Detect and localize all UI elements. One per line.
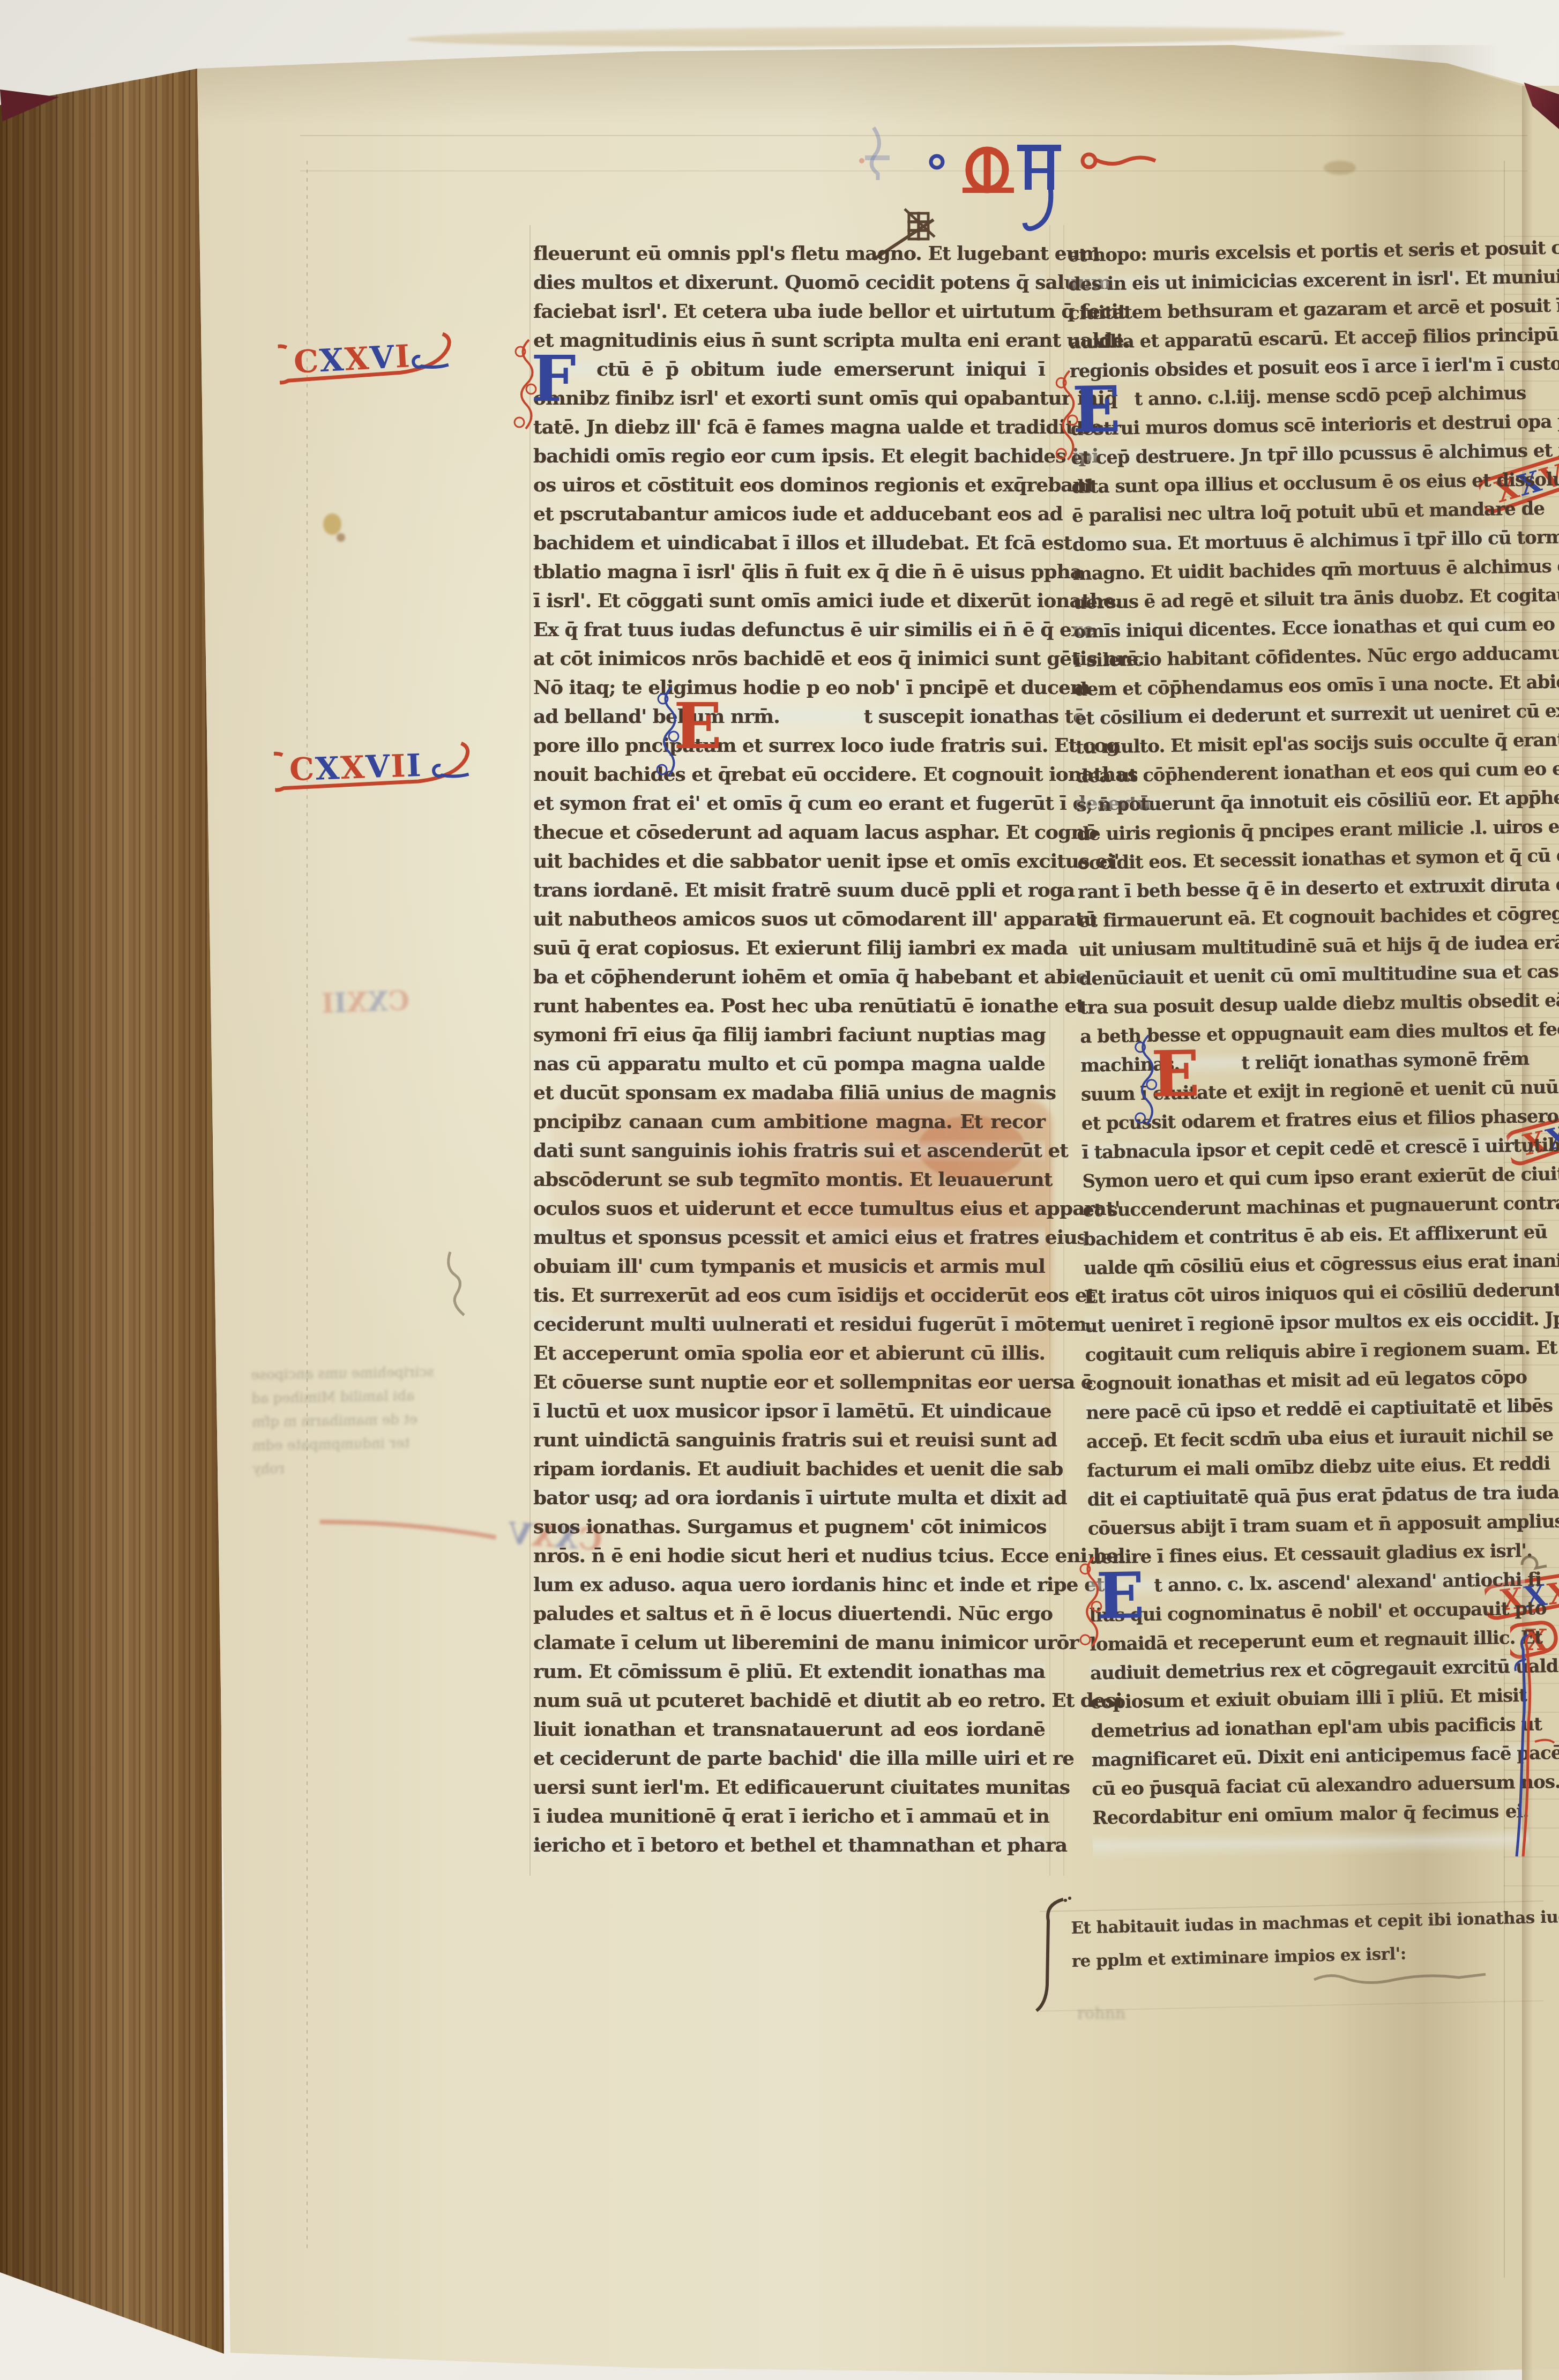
chapter-numeral-CXXVII: CXXVII	[289, 747, 423, 788]
illuminated-initial-E: E	[1072, 377, 1121, 441]
text-line: ceciderunt multi uulnerati et residui fu…	[533, 1310, 1045, 1339]
text-line: runt habentes ea. Post hec uba renūtiatū…	[533, 991, 1045, 1020]
text-line: liuit ionathan et transnatauerunt ad eos…	[533, 1715, 1045, 1744]
text-line: nrōs. n̄ ē eni hodie sicut heri et nudiu…	[533, 1541, 1045, 1570]
text-line: et ducūt sponsam ex madaba filiā unius d…	[533, 1078, 1045, 1107]
chapter-numeral-CXXVI: CXXVI	[293, 338, 412, 380]
text-line: suū q̄ erat copiosus. Et exierunt filij …	[533, 934, 1045, 963]
text-line: at cōt inimicos nrōs bachidē et eos q̄ i…	[533, 644, 1045, 673]
text-line: Ex q̄ frat tuus iudas defunctus ē uir si…	[533, 615, 1045, 644]
blemish	[337, 533, 345, 542]
margin-ruling-line	[307, 161, 308, 2251]
text-line: suos ionathas. Surgamus et pugnem' cōt i…	[533, 1512, 1045, 1541]
title-suffix-mark	[1083, 154, 1155, 167]
title-letter-A	[1017, 145, 1061, 229]
text-line: os uiros et cōstituit eos dominos region…	[533, 471, 1045, 499]
column-ruling-line	[1049, 225, 1050, 1876]
text-line: et ceciderunt de parte bachid' die illa …	[533, 1744, 1045, 1773]
text-line: ad belland' bellum nrm̄. t suscepit iona…	[533, 702, 1045, 731]
text-line: obuiam ill' cum tympanis et musicis et a…	[533, 1252, 1045, 1281]
text-line: bachidi omīs regio eor cum ipsis. Et ele…	[533, 442, 1045, 471]
illuminated-initial-E: E	[1096, 1564, 1145, 1628]
text-line: tis. Et surrexerūt ad eos cum īsidijs et…	[533, 1281, 1045, 1310]
text-line: uit bachides et die sabbator uenit ipse …	[533, 847, 1045, 876]
under-leaf-top-edge	[407, 24, 1345, 49]
text-line: bator usq; ad ora iordanis ī uirtute mul…	[533, 1483, 1045, 1512]
text-line: abscōderunt se sub tegmīto montis. Et le…	[533, 1165, 1045, 1194]
text-line: clamate ī celum ut liberemini de manu in…	[533, 1628, 1045, 1657]
text-line: tatē. Jn diebz ill' fcā ē fames magna ua…	[533, 413, 1045, 442]
text-line: ī luctū et uox musicor ipsor ī lamētū. E…	[533, 1397, 1045, 1426]
text-line: ctū ē p̄ obitum iude emerserunt iniqui ī	[533, 355, 1045, 384]
text-line: tblatio magna ī isrl' q̄lis n̄ fuit ex q…	[533, 557, 1045, 586]
footnote-trailing-swash	[1312, 1968, 1489, 1991]
margin-showthrough-numeral-2: CXXII	[321, 984, 410, 1019]
title-letter-M	[963, 150, 1014, 193]
text-line: multus et sponsus pcessit et amici eius …	[533, 1223, 1045, 1252]
text-line: nouit bachides et q̄rebat eū occidere. E…	[533, 760, 1045, 789]
text-line: Et cōuerse sunt nuptie eor et sollempnit…	[533, 1368, 1045, 1397]
text-line: Nō itaq; te eligimus hodie p eo nob' ī p…	[533, 673, 1045, 702]
text-line: ī iudea munitionē q̄ erat ī iericho et ī…	[533, 1802, 1045, 1831]
text-line: dies multos et dixerunt. Quomō cecidit p…	[533, 268, 1045, 297]
text-line: rum. Et cōmissum ē pliū. Et extendit ion…	[533, 1657, 1045, 1686]
text-line: trans iordanē. Et misit fratrē suum ducē…	[533, 876, 1045, 905]
text-line: fleuerunt eū omnis ppl's fletu magno. Et…	[533, 239, 1045, 268]
text-line: pore illo pncipatum et surrex loco iude …	[533, 731, 1045, 760]
margin-squiggle-mark	[429, 1249, 472, 1320]
footnote-showthrough-word: rohnn	[1077, 2004, 1125, 2023]
manuscript-photo: sciripehime ums anciposeabi lamilid Mimi…	[0, 0, 1559, 2380]
margin-flourish-line	[1511, 1629, 1559, 1862]
column-ruling-line	[529, 225, 531, 1876]
illuminated-initial-F: F	[531, 347, 576, 411]
text-line: lum ex aduso. aqua uero iordanis hinc et…	[533, 1570, 1045, 1599]
blemish	[1324, 161, 1356, 175]
text-line: omnibz finibz isrl' et exorti sunt omīs …	[533, 384, 1045, 413]
text-line: et symon frat ei' et omīs q̄ cum eo eran…	[533, 789, 1045, 818]
text-line: uersi sunt ierl'm. Et edificauerunt ciui…	[533, 1773, 1045, 1802]
text-line: symoni frī eius q̄a filij iambri faciunt…	[533, 1020, 1045, 1049]
showthrough-header-mark	[871, 128, 879, 180]
text-line: et magnitudinis eius n̄ sunt scripta mul…	[533, 326, 1045, 355]
footnote-bracket	[1034, 1896, 1072, 2016]
text-column-right: et hopo: muris excelsis et portis et ser…	[1068, 234, 1529, 1861]
text-line: dati sunt sanguinis iohis fratris sui et…	[533, 1136, 1045, 1165]
text-line: oculos suos et uiderunt et ecce tumultus…	[533, 1194, 1045, 1223]
blemish	[323, 513, 341, 535]
text-column-left: fleuerunt eū omnis ppl's fletu magno. Et…	[533, 239, 1045, 1860]
text-line: iericho et ī betoro et bethel et thamnat…	[533, 1831, 1045, 1860]
text-line: ripam iordanis. Et audiuit bachides et u…	[533, 1454, 1045, 1483]
text-line: Et acceperunt omīa spolia eor et abierun…	[533, 1339, 1045, 1368]
text-line: et pscrutabantur amicos iude et adduceba…	[533, 499, 1045, 528]
title-prefix-mark	[931, 156, 943, 168]
illuminated-initial-E: E	[674, 695, 722, 758]
column-ruling-line	[1063, 225, 1064, 1876]
text-line: nas cū apparatu multo et cū pompa magna …	[533, 1049, 1045, 1078]
text-line: paludes et saltus et n̄ ē locus diuerten…	[533, 1599, 1045, 1628]
showthrough-line: rohy	[252, 1453, 505, 1481]
margin-showthrough-gloss: sciripehime ums anciposeabi lamilid Mimi…	[251, 1359, 505, 1481]
text-line: thecue et cōsederunt ad aquam lacus asph…	[533, 818, 1045, 847]
text-line: bachidem et uindicabat ī illos et illude…	[533, 528, 1045, 557]
text-line: ba et cōp̄henderunt iohēm et omīa q̄ hab…	[533, 963, 1045, 991]
text-line: ī isrl'. Et cōggati sunt omīs amici iude…	[533, 586, 1045, 615]
text-line: faciebat isrl'. Et cetera uba iude bello…	[533, 297, 1045, 326]
margin-hook-mark	[1517, 1543, 1554, 1578]
fore-edge-shading	[0, 0, 230, 2380]
text-line: pncipibz canaan cum ambitione magna. Et …	[533, 1107, 1045, 1136]
text-line: uit nabutheos amicos suos ut cōmodarent …	[533, 905, 1045, 934]
text-line: num suā ut pcuteret bachidē et diutit ab…	[533, 1686, 1045, 1715]
text-line: runt uindictā sanguinis fratris sui et r…	[533, 1426, 1045, 1454]
illuminated-initial-E: E	[1151, 1042, 1200, 1106]
